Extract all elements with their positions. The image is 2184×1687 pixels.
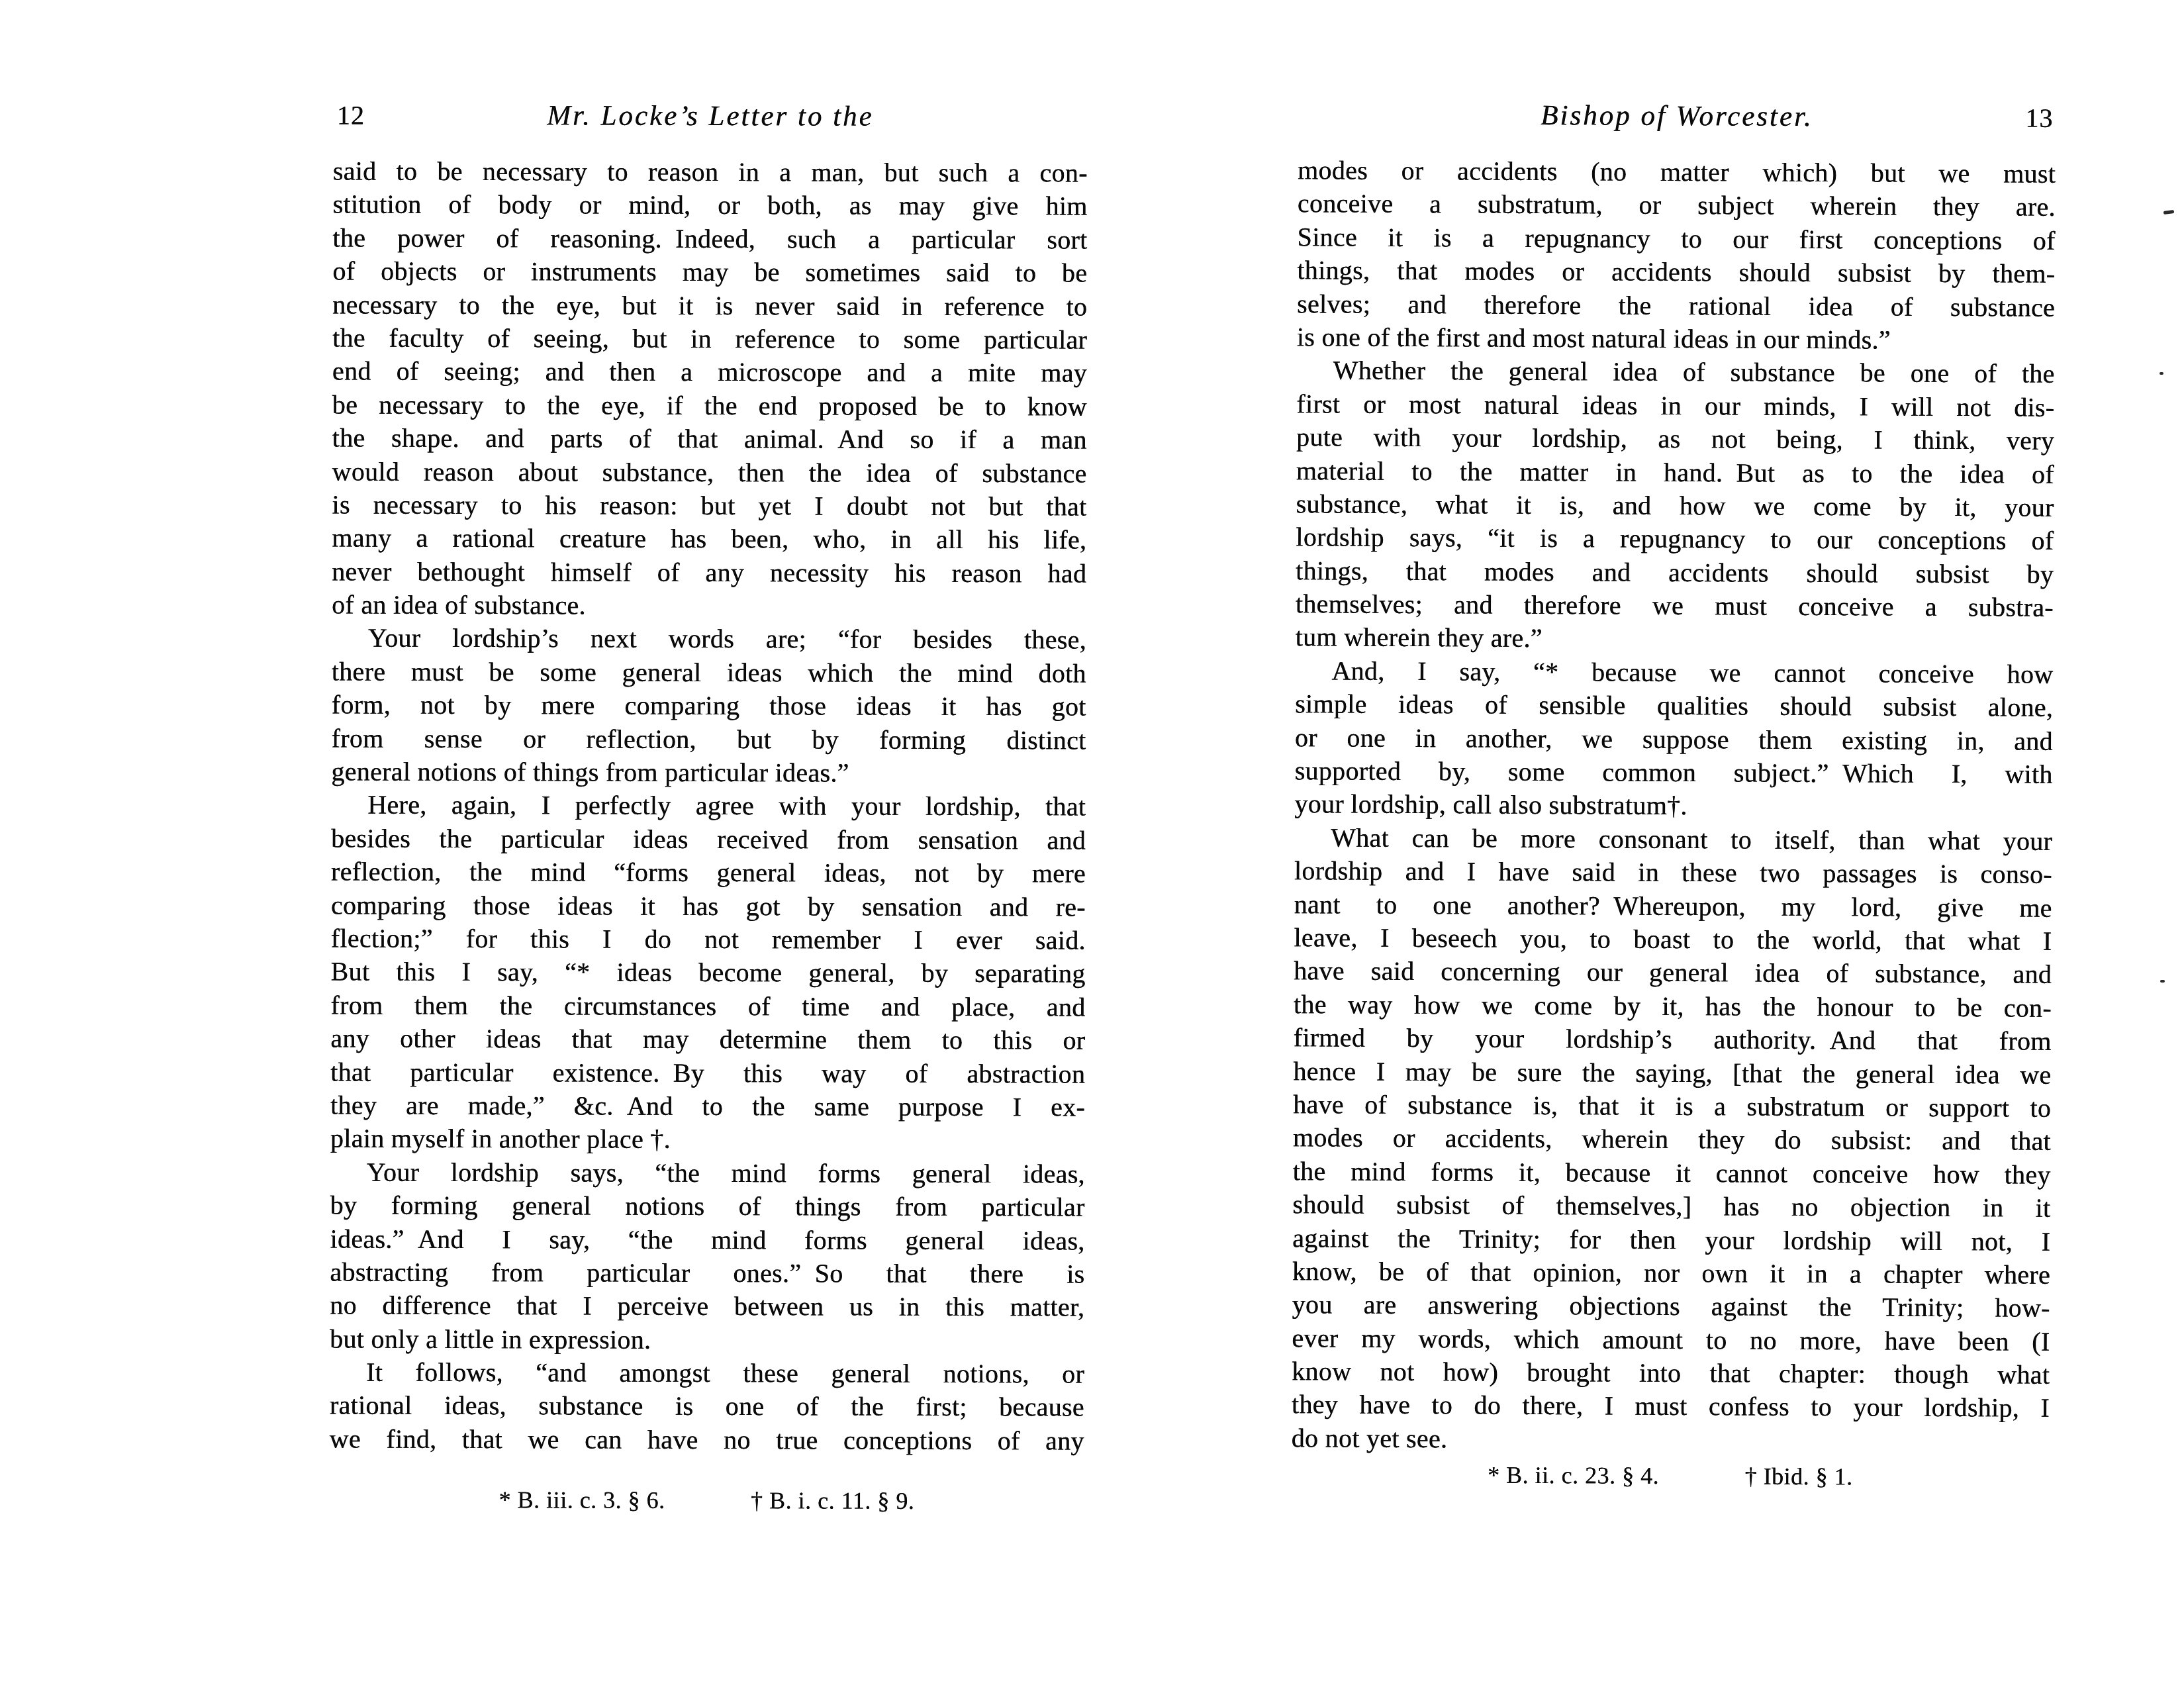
text-line: reflection, the mind “forms general idea… [331, 855, 1086, 891]
text-line: hence I may be sure the saying, [that th… [1293, 1055, 2051, 1092]
footnote-ref-asterisk: * B. ii. c. 23. § 4. [1488, 1462, 1659, 1489]
text-line: supported by, some common subject.” Whic… [1294, 754, 2052, 791]
text-line: from them the circumstances of time and … [330, 988, 1085, 1024]
text-line: is necessary to his reason: but yet I do… [332, 488, 1086, 523]
text-line: material to the matter in hand. But as t… [1296, 454, 2054, 491]
right-header: Bishop of Worcester. 13 [1298, 97, 2056, 136]
text-line: Whether the general idea of substance be… [1296, 354, 2054, 391]
text-line: simple ideas of sensible qualities shoul… [1295, 687, 2053, 724]
text-line: that particular existence. By this way o… [330, 1055, 1085, 1090]
text-line: have said concerning our general idea of… [1294, 955, 2052, 992]
scan-speck [2160, 372, 2163, 375]
footnote-right: * B. ii. c. 23. § 4. † Ibid. § 1. [1291, 1460, 2049, 1492]
text-line: any other ideas that may determine them … [330, 1022, 1085, 1057]
text-line: your lordship, call also substratum†. [1294, 788, 2052, 825]
text-line: said to be necessary to reason in a man,… [333, 155, 1088, 190]
footnote-left: * B. iii. c. 3. § 6. † B. i. c. 11. § 9. [329, 1486, 1084, 1516]
text-line: firmed by your lordship’s authority. And… [1293, 1021, 2051, 1058]
text-line: stitution of body or mind, or both, as m… [332, 188, 1087, 223]
text-line: themselves; and therefore we must concei… [1296, 587, 2054, 624]
text-column-right: modes or accidents (no matter which) but… [1292, 154, 2056, 1459]
text-line: ever my words, which amount to no more, … [1292, 1322, 2050, 1359]
text-line: the faculty of seeing, but in reference … [332, 321, 1087, 356]
text-line: against the Trinity; for then your lords… [1292, 1222, 2050, 1259]
text-line: no difference that I perceive between us… [330, 1289, 1084, 1324]
text-line: leave, I beseech you, to boast to the wo… [1294, 921, 2052, 958]
text-line: have of substance is, that it is a subst… [1293, 1088, 2051, 1125]
text-line: general notions of things from particula… [331, 755, 1086, 791]
text-line: you are answering objections against the… [1292, 1288, 2050, 1325]
text-line: rational ideas, substance is one of the … [330, 1389, 1084, 1424]
text-line: form, not by mere comparing those ideas … [331, 689, 1086, 724]
running-head-right: Bishop of Worcester. [1298, 97, 2056, 136]
text-line: there must be some general ideas which t… [332, 655, 1086, 690]
text-line: tum wherein they are.” [1295, 621, 2053, 658]
text-line: the shape. and parts of that animal. And… [332, 422, 1087, 457]
text-line: or one in another, we suppose them exist… [1295, 721, 2053, 758]
text-line: never bethought himself of any necessity… [332, 555, 1086, 590]
text-line: nant to one another? Whereupon, my lord,… [1294, 888, 2052, 925]
text-line: would reason about substance, then the i… [332, 455, 1086, 490]
text-line: pute with your lordship, as not being, I… [1296, 420, 2054, 458]
running-head-left: Mr. Locke’s Letter to the [333, 99, 1088, 135]
scan-speck [2163, 210, 2175, 215]
text-line: from sense or reflection, but by forming… [331, 722, 1086, 757]
text-line: substance, what it is, and how we come b… [1296, 487, 2054, 524]
text-line: plain myself in another place †. [330, 1122, 1085, 1157]
text-line: selves; and therefore the rational idea … [1297, 287, 2055, 324]
text-line: we find, that we can have no true concep… [330, 1422, 1084, 1457]
text-line: What can be more consonant to itself, th… [1294, 821, 2052, 858]
text-line: necessary to the eye, but it is never sa… [332, 288, 1087, 323]
text-line: lordship and I have said in these two pa… [1294, 854, 2052, 891]
text-line: ideas.” And I say, “the mind forms gener… [330, 1222, 1084, 1257]
text-line: of an idea of substance. [332, 589, 1086, 624]
text-line: abstracting from particular ones.” So th… [330, 1255, 1084, 1290]
left-header: 12 Mr. Locke’s Letter to the [333, 99, 1088, 135]
text-line: Since it is a repugnancy to our first co… [1297, 220, 2055, 258]
text-line: know, be of that opinion, nor own it in … [1292, 1255, 2050, 1292]
text-line: comparing those ideas it has got by sens… [331, 889, 1086, 924]
text-line: they have to do there, I must confess to… [1292, 1388, 2050, 1425]
text-line: Your lordship’s next words are; “for bes… [332, 622, 1086, 657]
page-number-right: 13 [2025, 101, 2053, 136]
text-line: But this I say, “* ideas become general,… [330, 955, 1085, 990]
text-line: And, I say, “* because we cannot conceiv… [1295, 654, 2053, 691]
text-line: first or most natural ideas in our minds… [1296, 387, 2054, 424]
text-line: besides the particular ideas received fr… [331, 822, 1086, 857]
text-line: they are made,” &c. And to the same purp… [330, 1088, 1085, 1124]
text-line: do not yet see. [1292, 1422, 2050, 1459]
text-line: end of seeing; and then a microscope and… [332, 355, 1087, 390]
text-line: modes or accidents, wherein they do subs… [1293, 1122, 2051, 1159]
page-number-left: 12 [337, 99, 365, 133]
text-line: by forming general notions of things fro… [330, 1189, 1085, 1224]
text-column-left: said to be necessary to reason in a man,… [330, 155, 1088, 1458]
text-line: is one of the first and most natural ide… [1297, 320, 2055, 358]
text-line: things, that modes or accidents should s… [1297, 254, 2055, 291]
text-line: things, that modes and accidents should … [1296, 554, 2054, 591]
text-line: many a rational creature has been, who, … [332, 522, 1086, 557]
text-line: It follows, “and amongst these general n… [330, 1356, 1084, 1391]
text-line: Here, again, I perfectly agree with your… [331, 789, 1086, 824]
text-line: of objects or instruments may be sometim… [332, 255, 1087, 290]
text-line: the mind forms it, because it cannot con… [1292, 1155, 2050, 1192]
text-line: flection;” for this I do not remember I … [331, 922, 1086, 957]
scan-page-right: Bishop of Worcester. 13 modes or acciden… [1290, 97, 2056, 1598]
text-line: know not how) brought into that chapter:… [1292, 1355, 2050, 1392]
text-line: should subsist of themselves,] has no ob… [1292, 1188, 2050, 1225]
text-line: the power of reasoning. Indeed, such a p… [332, 221, 1087, 256]
footnote-ref-asterisk: * B. iii. c. 3. § 6. [499, 1486, 665, 1514]
text-line: the way how we come by it, has the honou… [1294, 988, 2052, 1025]
text-line: but only a little in expression. [330, 1322, 1084, 1357]
scan-speck [2160, 980, 2165, 983]
text-line: lordship says, “it is a repugnancy to ou… [1296, 521, 2054, 558]
text-line: Your lordship says, “the mind forms gene… [330, 1155, 1085, 1190]
footnote-ref-dagger: † Ibid. § 1. [1745, 1463, 1853, 1490]
text-line: be necessary to the eye, if the end prop… [332, 388, 1087, 423]
book-scan: 12 Mr. Locke’s Letter to the said to be … [0, 0, 2184, 1687]
text-line: conceive a substratum, or subject wherei… [1298, 187, 2056, 224]
scan-page-left: 12 Mr. Locke’s Letter to the said to be … [329, 99, 1088, 1597]
text-line: modes or accidents (no matter which) but… [1298, 154, 2056, 191]
footnote-ref-dagger: † B. i. c. 11. § 9. [751, 1487, 914, 1514]
